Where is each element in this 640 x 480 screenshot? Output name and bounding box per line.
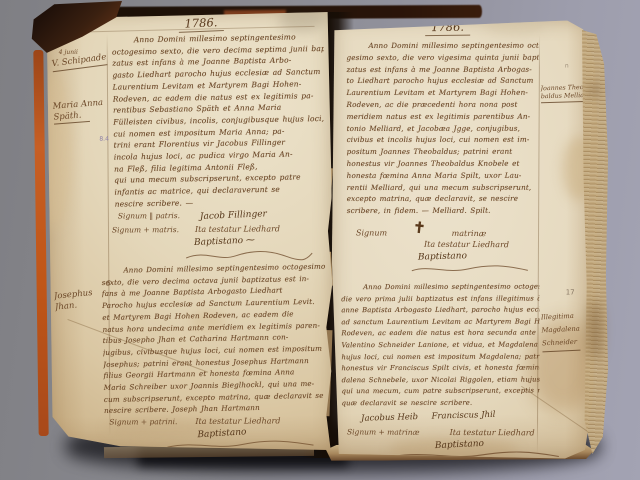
manuscript-line: gesimo sexto, die vero vigesima quinta j…: [346, 52, 538, 64]
photo-background: 1786. 4 junii V. Schipaade Maria Anna Sp…: [0, 0, 640, 480]
signature-row: Jacobus Heib Franciscus Jhil: [361, 411, 495, 422]
margin-note-name: Illegitima Magdalena Schneider: [541, 310, 581, 352]
signature-row: Ita testatur Liedhard: [424, 240, 509, 249]
manuscript-line: honestus vir Franciscus Spilt civis, et …: [342, 363, 540, 375]
pencil-mark: 8.4: [99, 136, 109, 144]
manuscript-line: zatus est infans à me Joanne Baptista Ar…: [346, 63, 538, 75]
signature-row: Baptistano: [197, 429, 246, 439]
left-page: 1786. 4 junii V. Schipaade Maria Anna Sp…: [42, 12, 333, 452]
book-cover-edge: [33, 50, 48, 436]
manuscript-line: scribere, in fidem. — Melliard. Spilt.: [347, 205, 539, 217]
manuscript-line: honesta fœmina Anna Maria Spilt, uxor La…: [347, 169, 539, 181]
manuscript-line: Valentino Schneider Lanione, et vidua, e…: [341, 339, 539, 351]
manuscript-line: civibus et incolis hujus loci, cui nomen…: [347, 134, 539, 146]
signature-flourish: [410, 263, 530, 276]
signature: Jacob Fillinger: [200, 209, 267, 222]
signature-row: Baptistano ⁓: [194, 237, 255, 247]
signature: Baptistano: [418, 251, 467, 262]
signature: Jacobus Heib Franciscus Jhil: [361, 410, 496, 424]
signum-label: Signum: [356, 228, 387, 237]
manuscript-line: die vero prima julii baptizatus est infa…: [341, 293, 539, 305]
manuscript-line: Rodeven, ac eadem die natus est hora sec…: [341, 328, 539, 340]
signum-label: Signum + matris.: [112, 225, 179, 234]
attestation: Ita testatur Liedhard: [450, 428, 535, 437]
margin-note-name: Josephus Jhan.: [54, 288, 95, 313]
manuscript-line: to Liedhart parocho hujus ecclesiæ ad Sa…: [346, 75, 538, 87]
signum-label: Signum ‖ patris.: [118, 211, 180, 220]
fore-edge-stain: [590, 84, 598, 96]
right-page-year-heading: 1786.: [425, 20, 470, 37]
baptism-entry-paragraph: Anno Domini millesimo septingentesimo oc…: [101, 261, 328, 417]
attestation: Ita testatur Liedhard: [424, 240, 509, 249]
fore-edge-stain: [588, 300, 602, 360]
manuscript-line: Laurentium Levitam et Martyrem Bagi Hohe…: [347, 87, 539, 99]
signum-label: Signum + matrinæ: [347, 427, 420, 436]
manuscript-line: nescire scribere. —: [115, 195, 327, 210]
signum-label: matrinæ: [452, 229, 487, 238]
margin-note-name: Maria Anna Späth.: [52, 98, 104, 125]
signum-label: Signum + patrini.: [109, 417, 177, 426]
signature-row: Signum ✝ matrinæ: [356, 221, 486, 240]
left-page-year-heading: 1786.: [178, 15, 224, 33]
manuscript-line: hujus loci, cui nomen est impositum Magd…: [341, 351, 539, 363]
manuscript-line: tonio Melliard, et Jacobæa Jgge, conjugi…: [347, 122, 539, 134]
manuscript-line: qui una mecum, cum patre subscripserunt,…: [342, 386, 540, 398]
baptism-entry-paragraph: Anno Domini millesimo septingentesimo oc…: [341, 282, 539, 410]
manuscript-line: meridiem natus est ex legitimis parentib…: [347, 110, 539, 122]
manuscript-line: dalena Schnebele, uxor Nicolai Riggolen,…: [342, 374, 540, 386]
cross-mark: ✝: [412, 218, 426, 237]
signature-row: Signum + matris. Ita testatur Liedhard: [112, 224, 280, 234]
manuscript-line: honestus vir Joannes Theobaldus Knobele …: [347, 158, 539, 170]
signature: Baptistano ⁓: [194, 235, 255, 248]
manuscript-line: Anno Domini millesimo septingentesimo oc…: [341, 282, 539, 294]
attestation: Ita testatur Liedhard: [195, 224, 280, 234]
manuscript-line: anne Baptista Arbogasto Liedhart, paroch…: [341, 305, 539, 317]
attestation: Ita testatur Liedhard: [195, 416, 280, 426]
margin-note-line: Späth.: [53, 110, 90, 125]
right-page: 4 1786. Anno Domini millesimo septingent…: [331, 19, 599, 458]
baptism-entry-paragraph: Anno Domini millesimo septingentesimooct…: [112, 31, 327, 210]
manuscript-line: Rodeven, ac die præcedenti hora nona pos…: [347, 99, 539, 111]
manuscript-line: positum Joannes Theobaldus; patrini eran…: [347, 146, 539, 158]
manuscript-line: ad sanctum Laurentium Levitam ac Martyre…: [341, 316, 539, 328]
signature-row: Signum ‖ patris. Jacob Fillinger: [118, 210, 267, 221]
signature-row: Signum + patrini. Ita testatur Liedhard: [109, 416, 280, 426]
manuscript-line: rentii Melliard, qui una mecum subscrips…: [347, 181, 539, 193]
manuscript-line: Anno Domini millesimo septingentesimo oc…: [346, 40, 538, 52]
manuscript-line: excepto matrina, quæ declaravit, se nesc…: [347, 193, 539, 205]
pencil-mark: n: [565, 63, 569, 71]
baptism-entry-paragraph: Anno Domini millesimo septingentesimo oc…: [346, 40, 538, 217]
signature-row: Baptistano: [418, 252, 467, 262]
signature-row: Signum + matrinæ Ita testatur Liedhard: [347, 427, 535, 437]
stain: [483, 16, 547, 34]
manuscript-line: quæ declaravit se nescire scribere.: [342, 397, 540, 409]
margin-note-line: Schneider: [542, 335, 581, 352]
pencil-mark: 17: [566, 289, 575, 298]
